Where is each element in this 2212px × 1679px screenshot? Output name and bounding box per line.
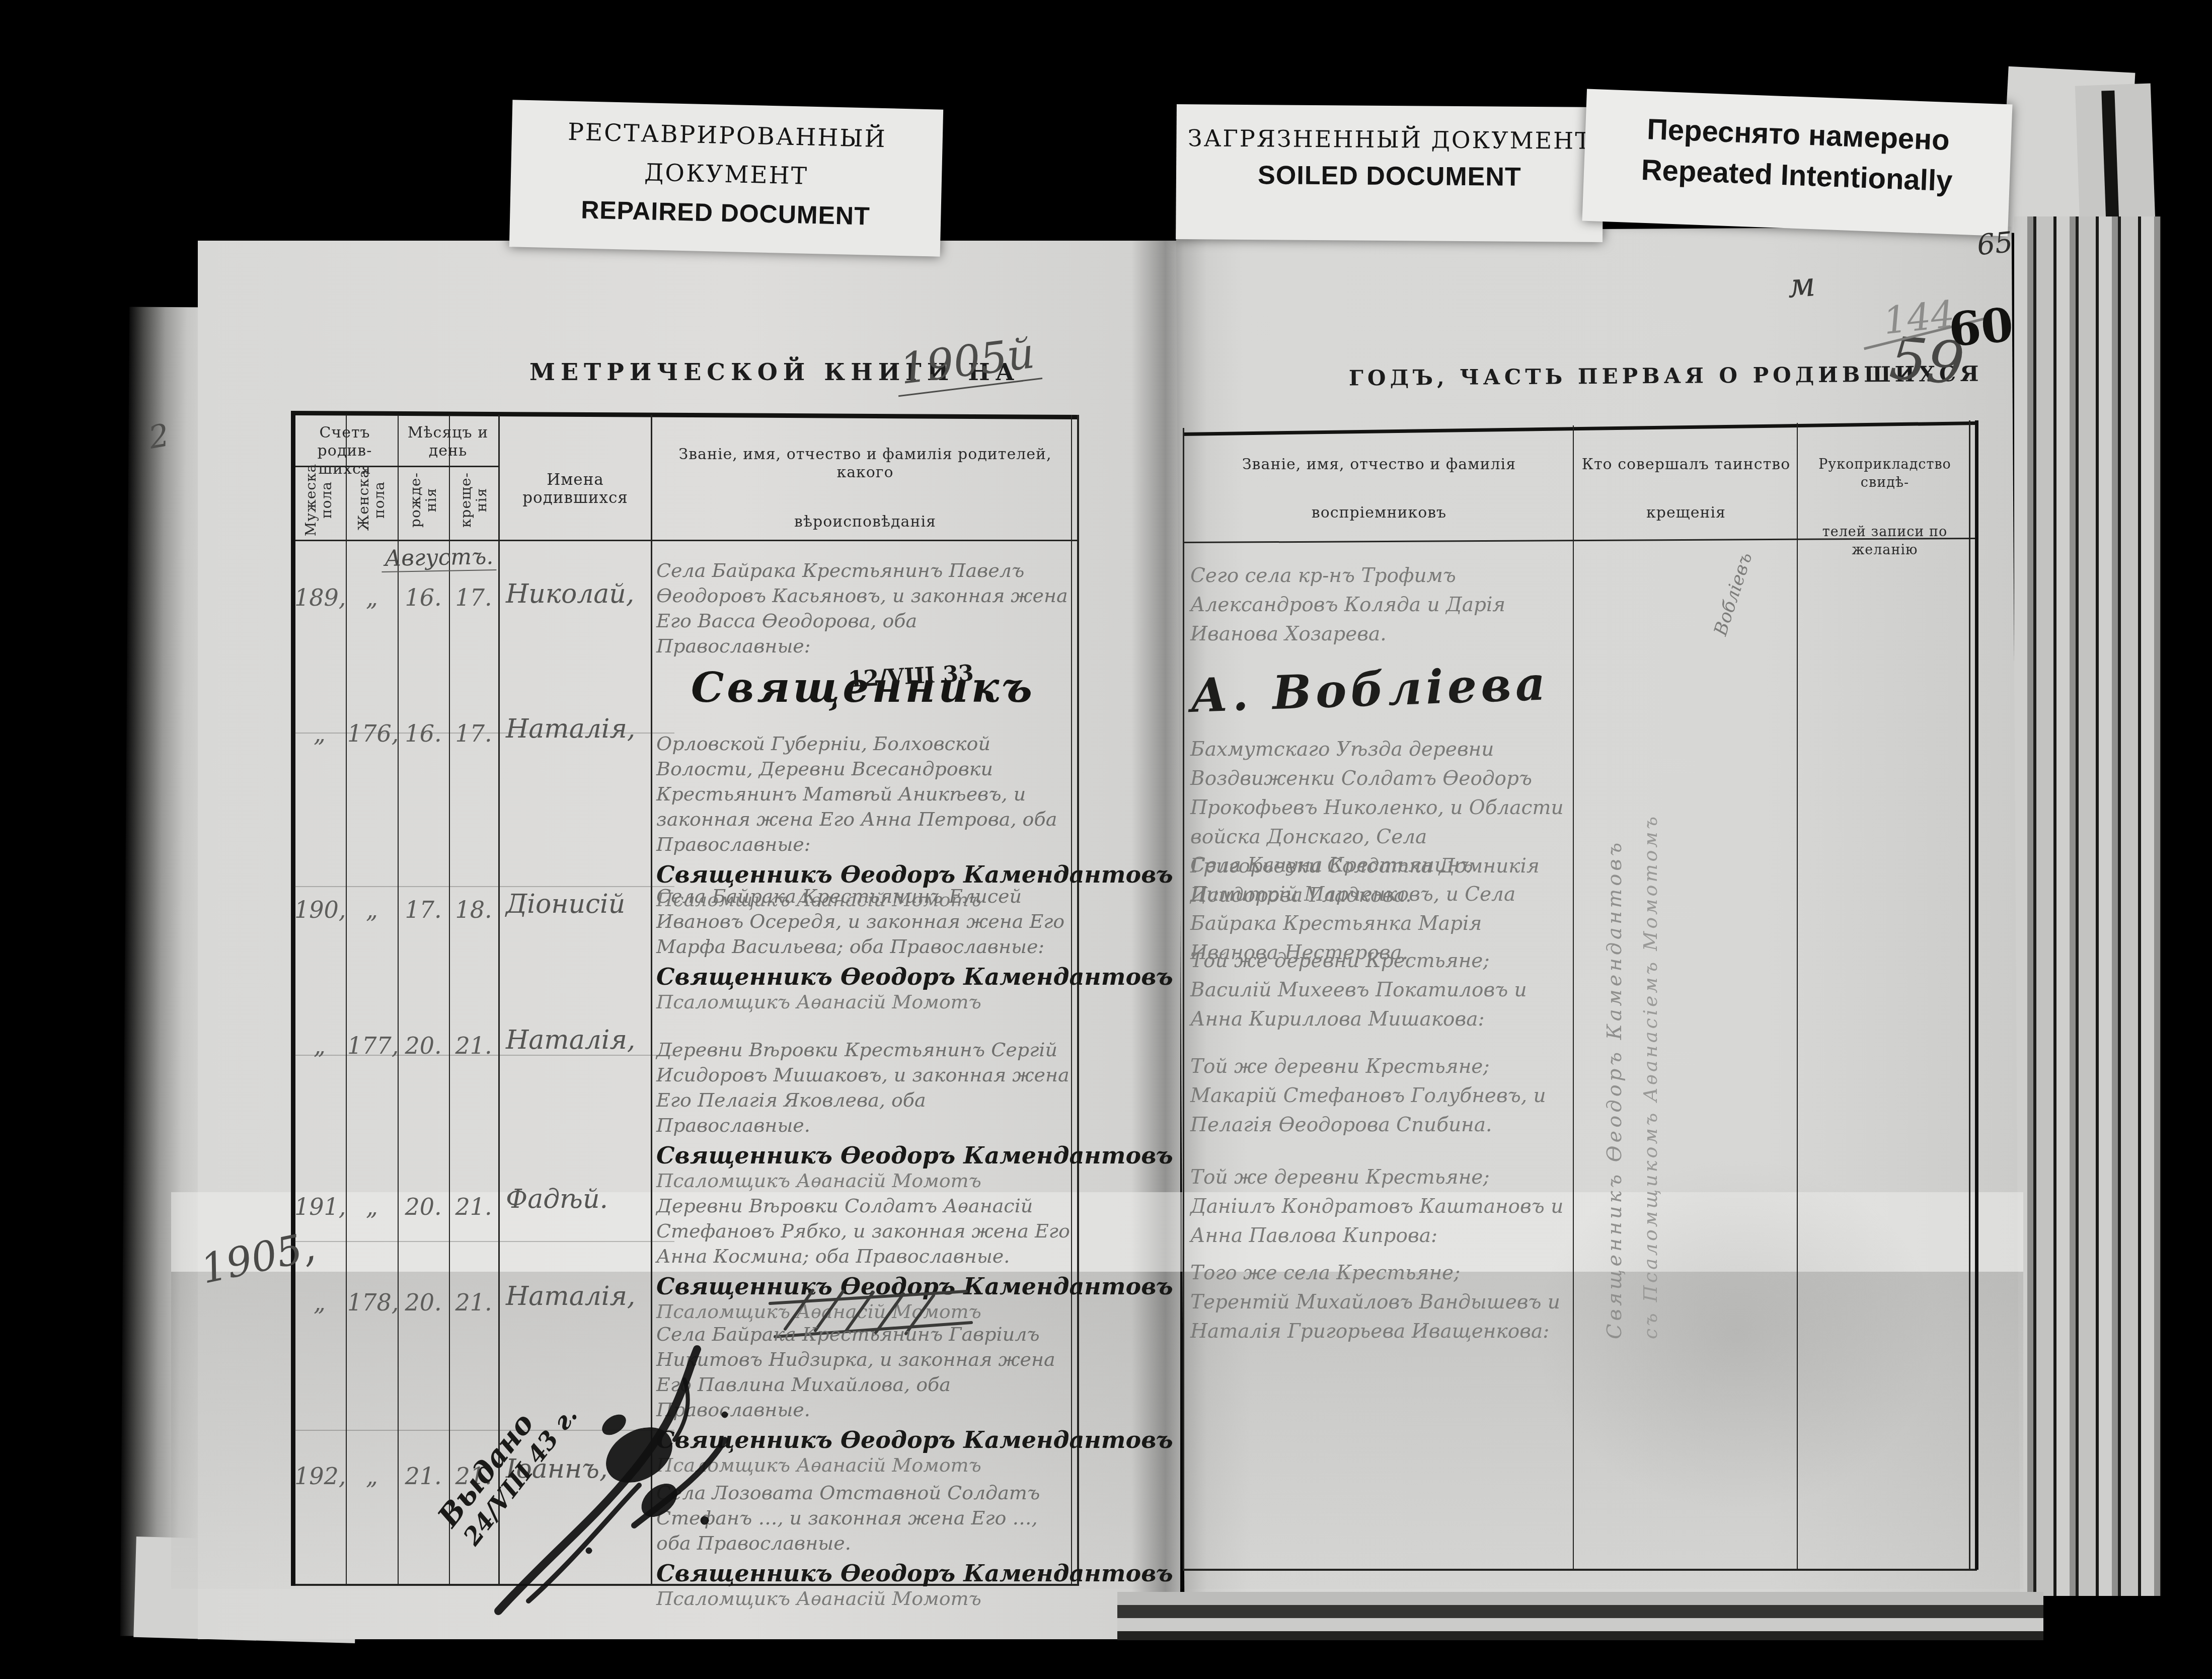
- header-line: Женска: [356, 460, 371, 540]
- record-text: Села Байрака Крестьянинъ Павелъ Ѳеодоров…: [656, 558, 1070, 659]
- month-group-header: Мѣсяцъ и день: [398, 424, 498, 460]
- male-count: 190,: [294, 896, 345, 923]
- male-count: „: [294, 720, 345, 747]
- vertical-line-1: Священникъ Ѳеодоръ Камендантовъ: [1603, 584, 1626, 1339]
- header-line: пола: [319, 460, 334, 540]
- female-count: „: [347, 896, 397, 923]
- record-text: Деревни Вѣровки Солдатъ Аѳанасій Стефано…: [656, 1193, 1070, 1269]
- row-separator: [294, 1241, 674, 1242]
- header-line: воспріемниковъ: [1185, 504, 1573, 522]
- female-count: 177,: [347, 1032, 397, 1059]
- column-rule: [1573, 425, 1574, 1570]
- bottom-sheet-edges: [1117, 1592, 2043, 1640]
- label-text-en: Repeated Intentionally: [1583, 151, 2010, 200]
- header-line: Рукоприкладство свидѣ-: [1799, 456, 1970, 492]
- column-rule: [398, 415, 399, 1585]
- header-line: Мѣсяцъ и: [398, 424, 498, 442]
- column-rule: [1797, 423, 1798, 1570]
- male-count: „: [294, 1032, 345, 1059]
- born-day: 16.: [399, 720, 447, 747]
- child-name: Наталія,: [506, 714, 635, 744]
- label-text-ru: ЗАГРЯЗНЕННЫЙ ДОКУМЕНТ: [1176, 124, 1603, 155]
- born-day: 20.: [399, 1193, 447, 1220]
- baptized-column-header: креще- нія: [458, 460, 489, 540]
- archival-scan: 2 РЕСТАВРИРОВАННЫЙ ДОКУМЕНТ REPAIRED DOC…: [0, 0, 2212, 1679]
- female-column-header: Женска пола: [356, 460, 387, 540]
- officiant-line: Священникъ Ѳеодоръ Камендантовъ: [656, 1142, 1070, 1169]
- right-sheet-stack-edge: [2014, 216, 2161, 1596]
- table-bottom-rule: [1183, 1569, 1977, 1571]
- baptized-day: 21.: [450, 1193, 497, 1220]
- performed-by-vertical-note: Священникъ Ѳеодоръ Камендантовъ съ Псало…: [1603, 584, 1661, 1339]
- table-right-rule: [1975, 420, 1978, 1570]
- godparents-record: Той же деревни Крестьяне; Даніилъ Кондра…: [1190, 1163, 1564, 1251]
- header-line: Званіе, имя, отчество и фамилія: [1185, 456, 1573, 474]
- baptized-day: 17.: [450, 584, 497, 611]
- child-name: Наталія,: [506, 1025, 635, 1055]
- godparents-column-header: Званіе, имя, отчество и фамилія воспріем…: [1185, 456, 1573, 522]
- godparent-signature: А. Вобліева: [1189, 655, 1564, 723]
- column-rule: [346, 415, 347, 1585]
- label-text-en: REPAIRED DOCUMENT: [510, 193, 941, 232]
- vertical-line-2: съ Псаломщикомъ Аѳанасіемъ Момотомъ: [1639, 584, 1661, 1339]
- header-line: Мужеска: [303, 460, 319, 540]
- record-text: Той же деревни Крестьяне; Василій Михеев…: [1190, 946, 1564, 1034]
- parents-record: Села Байрака Крестьянинъ Елисей Ивановъ …: [656, 884, 1070, 1013]
- female-count: „: [347, 584, 397, 611]
- psalmist-line: Псаломщикъ Аѳанасій Момотъ: [656, 990, 1070, 1013]
- female-count: 176,: [347, 720, 397, 747]
- record-text: Села Байрака Крестьянинъ Елисей Ивановъ …: [656, 884, 1070, 959]
- female-count: „: [347, 1463, 397, 1490]
- godparents-record: Того же села Крестьяне; Терентій Михайло…: [1190, 1259, 1564, 1346]
- female-count: 178,: [347, 1289, 397, 1316]
- month-heading: Августъ.: [382, 544, 497, 572]
- header-line: крещенія: [1575, 504, 1797, 522]
- header-line: креще-: [458, 460, 474, 540]
- label-text-ru: Переснято намерено: [1585, 110, 2012, 160]
- soiled-document-label: ЗАГРЯЗНЕННЫЙ ДОКУМЕНТ SOILED DOCUMENT: [1176, 104, 1604, 242]
- born-day: 16.: [399, 584, 447, 611]
- female-count: „: [347, 1193, 397, 1220]
- table-right-rule: [1077, 415, 1079, 1586]
- header-line: пола: [371, 460, 387, 540]
- born-day: 17.: [399, 896, 447, 923]
- label-text-ru: ДОКУМЕНТ: [511, 156, 942, 193]
- parents-column-header: Званіе, имя, отчество и фамилія родителе…: [653, 446, 1077, 531]
- label-text-ru: РЕСТАВРИРОВАННЫЙ: [511, 117, 943, 154]
- signatures-column-header: Рукоприкладство свидѣ- телей записи по ж…: [1799, 456, 1970, 559]
- header-line: Званіе, имя, отчество и фамилія родителе…: [653, 446, 1077, 482]
- repeated-intentionally-label: Переснято намерено Repeated Intentionall…: [1582, 89, 2012, 237]
- record-text: Орловской Губерніи, Болховской Волости, …: [656, 731, 1070, 857]
- header-line: нія: [474, 460, 489, 540]
- label-text-en: SOILED DOCUMENT: [1176, 160, 1603, 193]
- pencil-m-mark: м: [1786, 265, 1816, 306]
- soil-smudge: [1535, 1158, 1938, 1510]
- record-text: Деревни Вѣровки Крестьянинъ Сергій Исидо…: [656, 1037, 1070, 1138]
- header-line: Кто совершалъ таинство: [1575, 456, 1797, 474]
- repaired-document-label: РЕСТАВРИРОВАННЫЙ ДОКУМЕНТ REPAIRED DOCUM…: [509, 100, 943, 256]
- header-line: вѣроисповѣданія: [653, 513, 1077, 531]
- male-count: 191,: [294, 1193, 345, 1220]
- table-left-rule: [1183, 428, 1184, 1570]
- ink-blot-signature: [423, 1289, 775, 1621]
- header-line: нія: [423, 460, 439, 540]
- child-name: Діонисій: [506, 889, 625, 919]
- godparents-record: Той же деревни Крестьяне; Василій Михеев…: [1190, 946, 1564, 1034]
- stamp-number-60: 60: [1947, 298, 2016, 357]
- record-text: Того же села Крестьяне; Терентій Михайло…: [1190, 1259, 1564, 1346]
- record-text: Той же деревни Крестьяне; Макарій Стефан…: [1190, 1052, 1564, 1140]
- godparents-record: Сего села кр-нъ Трофимъ Александровъ Кол…: [1190, 561, 1564, 716]
- male-count: „: [294, 1289, 345, 1316]
- officiant-line: Священникъ Ѳеодоръ Камендантовъ: [656, 963, 1070, 990]
- parents-record: Деревни Вѣровки Крестьянинъ Сергій Исидо…: [656, 1037, 1070, 1192]
- born-column-header: рожде- нія: [408, 460, 439, 540]
- record-text: Той же деревни Крестьяне; Даніилъ Кондра…: [1190, 1163, 1564, 1251]
- header-line: день: [398, 442, 498, 460]
- table-right-rule: [1071, 415, 1072, 1586]
- performed-by-column-header: Кто совершалъ таинство крещенія: [1575, 456, 1797, 522]
- baptized-day: 17.: [450, 720, 497, 747]
- baptized-day: 21.: [450, 1032, 497, 1059]
- header-line: телей записи по желанію: [1799, 523, 1970, 559]
- row-separator: [294, 886, 674, 887]
- header-line: рожде-: [408, 460, 423, 540]
- baptized-day: 18.: [450, 896, 497, 923]
- male-column-header: Мужеска пола: [303, 460, 334, 540]
- born-day: 20.: [399, 1032, 447, 1059]
- male-count: 192,: [294, 1463, 345, 1490]
- names-column-header: Имена родившихся: [501, 471, 650, 507]
- record-text: Сего села кр-нъ Трофимъ Александровъ Кол…: [1190, 561, 1564, 649]
- edge-number-65: 65: [1975, 226, 2015, 262]
- header-line: Счетъ родив-: [292, 424, 398, 460]
- child-name: Николай,: [506, 579, 634, 609]
- child-name: Фадѣй.: [506, 1184, 608, 1214]
- male-count: 189,: [294, 584, 345, 611]
- table-right-rule: [1969, 420, 1970, 1570]
- godparents-record: Той же деревни Крестьяне; Макарій Стефан…: [1190, 1052, 1564, 1140]
- psalmist-line: Псаломщикъ Аѳанасій Момотъ: [656, 1169, 1070, 1192]
